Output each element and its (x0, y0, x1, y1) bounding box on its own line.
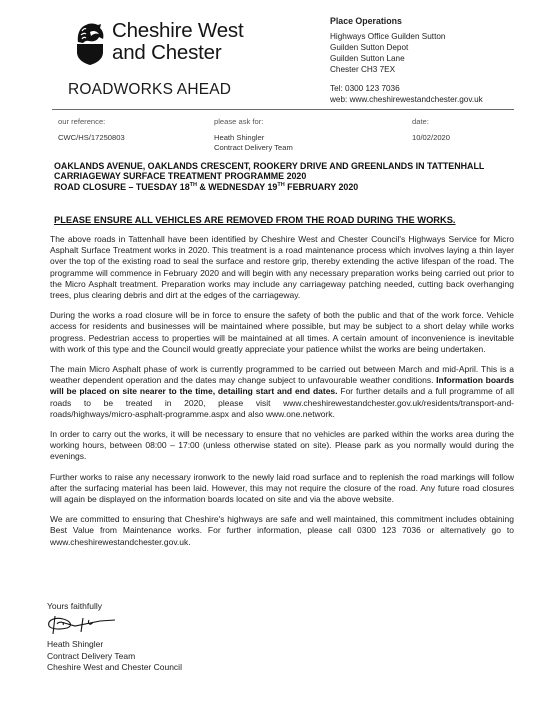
letter-body: The above roads in Tattenhall have been … (50, 234, 514, 557)
vehicle-removal-warning: PLEASE ENSURE ALL VEHICLES ARE REMOVED F… (54, 215, 456, 225)
paragraph-parking: In order to carry out the works, it will… (50, 429, 514, 463)
paragraph-commitment: We are committed to ensuring that Cheshi… (50, 514, 514, 548)
signatory-name: Heath Shingler (47, 639, 182, 650)
paragraph-schedule: The main Micro Asphalt phase of work is … (50, 364, 514, 420)
date-value: 10/02/2020 (412, 133, 450, 143)
office-address-block: Place Operations Highways Office Guilden… (330, 16, 483, 105)
signature-block: Yours faithfully Heath Shingler Contract… (47, 601, 182, 674)
signatory-organisation: Cheshire West and Chester Council (47, 662, 182, 673)
address-line: Chester CH3 7EX (330, 64, 483, 75)
office-website: web: www.cheshirewestandchester.gov.uk (330, 94, 483, 105)
reference-label: our reference: (58, 117, 125, 127)
affected-roads-heading: OAKLANDS AVENUE, OAKLANDS CRESCENT, ROOK… (54, 161, 514, 171)
document-title: ROADWORKS AHEAD (68, 81, 231, 99)
header-divider (52, 109, 514, 110)
contact-person-block: please ask for: Heath Shingler Contract … (214, 117, 293, 153)
logo-line-1: Cheshire West (112, 20, 243, 42)
logo-line-2: and Chester (112, 42, 243, 64)
office-heading: Place Operations (330, 16, 483, 27)
date-label: date: (412, 117, 450, 127)
date-block: date: 10/02/2020 (412, 117, 450, 143)
ask-for-team: Contract Delivery Team (214, 143, 293, 153)
address-line: Guilden Sutton Lane (330, 53, 483, 64)
lion-shield-icon (74, 22, 106, 66)
notice-headings: OAKLANDS AVENUE, OAKLANDS CRESCENT, ROOK… (54, 161, 514, 192)
paragraph-treatment-overview: The above roads in Tattenhall have been … (50, 234, 514, 301)
reference-value: CWC/HS/17250803 (58, 133, 125, 143)
address-line: Guilden Sutton Depot (330, 42, 483, 53)
paragraph-further-works: Further works to raise any necessary iro… (50, 472, 514, 506)
ask-for-label: please ask for: (214, 117, 293, 127)
reference-block: our reference: CWC/HS/17250803 (58, 117, 125, 143)
office-telephone: Tel: 0300 123 7036 (330, 83, 483, 94)
closing-salutation: Yours faithfully (47, 601, 182, 612)
programme-heading: CARRIAGEWAY SURFACE TREATMENT PROGRAMME … (54, 171, 514, 181)
signature-icon (45, 612, 120, 638)
council-logo: Cheshire West and Chester (74, 20, 243, 66)
signatory-team: Contract Delivery Team (47, 651, 182, 662)
paragraph-road-closure: During the works a road closure will be … (50, 310, 514, 355)
address-line: Highways Office Guilden Sutton (330, 31, 483, 42)
ask-for-name: Heath Shingler (214, 133, 293, 143)
closure-dates-heading: ROAD CLOSURE – TUESDAY 18TH & WEDNESDAY … (54, 182, 514, 192)
